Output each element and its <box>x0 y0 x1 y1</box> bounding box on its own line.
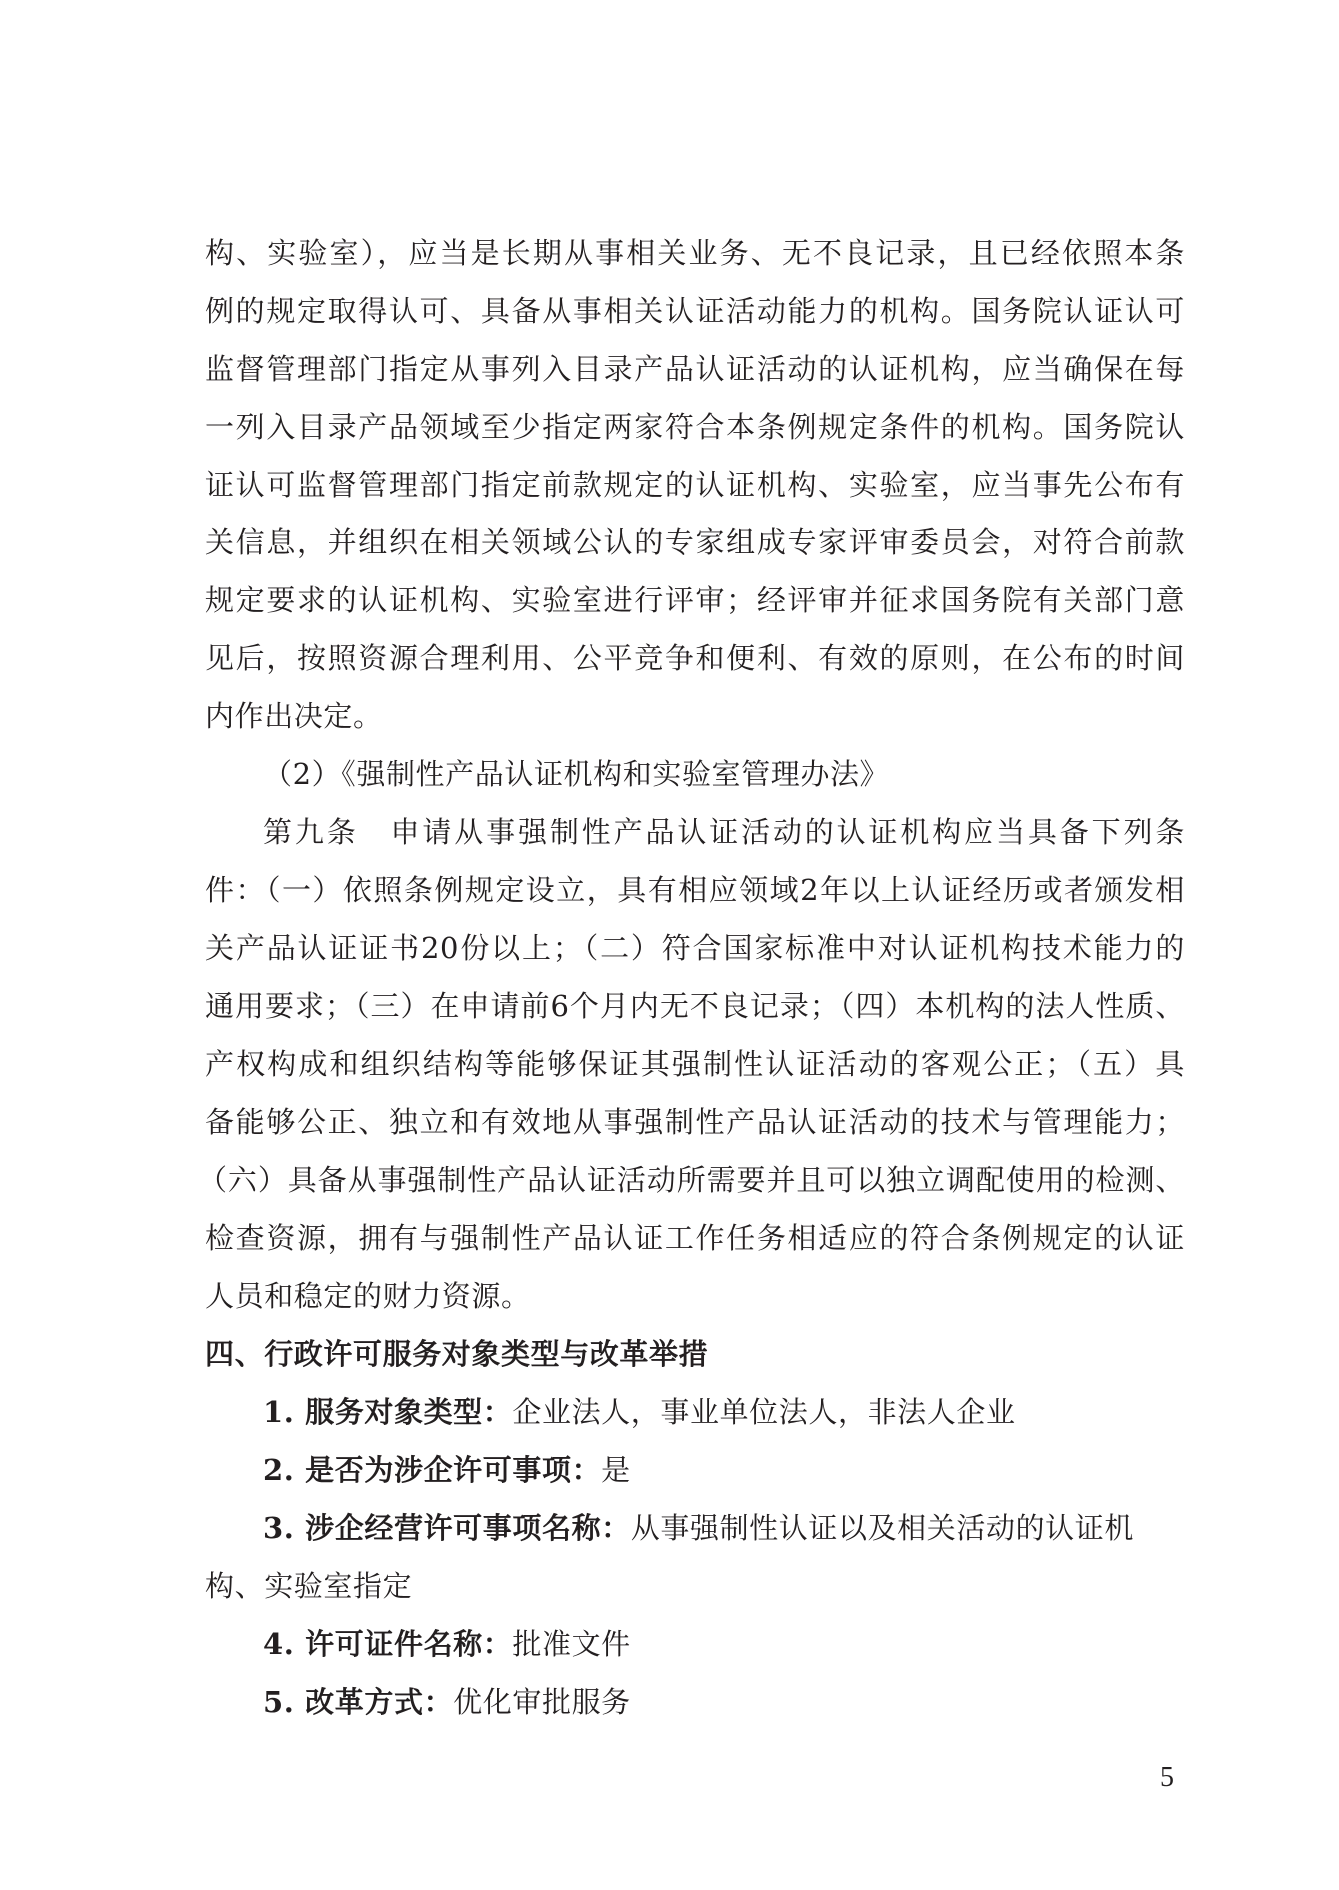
paragraph-line: 监督管理部门指定从事列入目录产品认证活动的认证机构，应当确保在每 <box>205 349 1185 389</box>
paragraph-line: 例的规定取得认可、具备从事相关认证活动能力的机构。国务院认证认可 <box>205 291 1185 331</box>
paragraph-line: 见后，按照资源合理利用、公平竞争和便利、有效的原则，在公布的时间 <box>205 638 1185 678</box>
item-value: 优化审批服务 <box>453 1685 631 1719</box>
item-value: 企业法人，事业单位法人，非法人企业 <box>512 1395 1015 1429</box>
list-item: 3. 涉企经营许可事项名称：从事强制性认证以及相关活动的认证机 <box>263 1508 1185 1548</box>
item-label: 2. 是否为涉企许可事项： <box>263 1453 601 1487</box>
article-line: 通用要求；（三）在申请前6个月内无不良记录；（四）本机构的法人性质、 <box>205 986 1185 1026</box>
article-line: 人员和稳定的财力资源。 <box>205 1276 1185 1316</box>
article-line: 检查资源，拥有与强制性产品认证工作任务相适应的符合条例规定的认证 <box>205 1218 1185 1258</box>
list-item: 1. 服务对象类型：企业法人，事业单位法人，非法人企业 <box>263 1392 1243 1432</box>
list-item: 4. 许可证件名称：批准文件 <box>263 1624 1243 1664</box>
paragraph-line: 证认可监督管理部门指定前款规定的认证机构、实验室，应当事先公布有 <box>205 465 1185 505</box>
item-value: 是 <box>601 1453 631 1487</box>
article-line: 件：（一）依照条例规定设立，具有相应领域2年以上认证经历或者颁发相 <box>205 870 1185 910</box>
item-label: 3. 涉企经营许可事项名称： <box>263 1511 631 1545</box>
list-item: 2. 是否为涉企许可事项：是 <box>263 1450 1243 1490</box>
item-value: 批准文件 <box>512 1627 630 1661</box>
page-number: 5 <box>1160 1762 1174 1794</box>
item-label: 5. 改革方式： <box>263 1685 453 1719</box>
list-item: 5. 改革方式：优化审批服务 <box>263 1682 1243 1722</box>
article-line: 备能够公正、独立和有效地从事强制性产品认证活动的技术与管理能力； <box>205 1102 1185 1142</box>
subheading-regulation: （2）《强制性产品认证机构和实验室管理办法》 <box>263 754 1243 794</box>
item-value: 从事强制性认证以及相关活动的认证机 <box>631 1511 1134 1545</box>
document-page: 构、实验室），应当是长期从事相关业务、无不良记录，且已经依照本条 例的规定取得认… <box>0 0 1339 1890</box>
section-heading: 四、行政许可服务对象类型与改革举措 <box>205 1334 1185 1374</box>
article-line: 第九条 申请从事强制性产品认证活动的认证机构应当具备下列条 <box>263 812 1185 852</box>
paragraph-line: 关信息，并组织在相关领域公认的专家组成专家评审委员会，对符合前款 <box>205 522 1185 562</box>
paragraph-line: 一列入目录产品领域至少指定两家符合本条例规定条件的机构。国务院认 <box>205 407 1185 447</box>
item-label: 1. 服务对象类型： <box>263 1395 512 1429</box>
article-line: 关产品认证证书20份以上；（二）符合国家标准中对认证机构技术能力的 <box>205 928 1185 968</box>
paragraph-line: 规定要求的认证机构、实验室进行评审；经评审并征求国务院有关部门意 <box>205 580 1185 620</box>
paragraph-line: 构、实验室），应当是长期从事相关业务、无不良记录，且已经依照本条 <box>205 233 1185 273</box>
paragraph-line: 内作出决定。 <box>205 696 1185 736</box>
article-line: （六）具备从事强制性产品认证活动所需要并且可以独立调配使用的检测、 <box>198 1160 1185 1200</box>
article-line: 产权构成和组织结构等能够保证其强制性认证活动的客观公正；（五）具 <box>205 1044 1185 1084</box>
list-item-continuation: 构、实验室指定 <box>205 1566 1185 1606</box>
item-label: 4. 许可证件名称： <box>263 1627 512 1661</box>
